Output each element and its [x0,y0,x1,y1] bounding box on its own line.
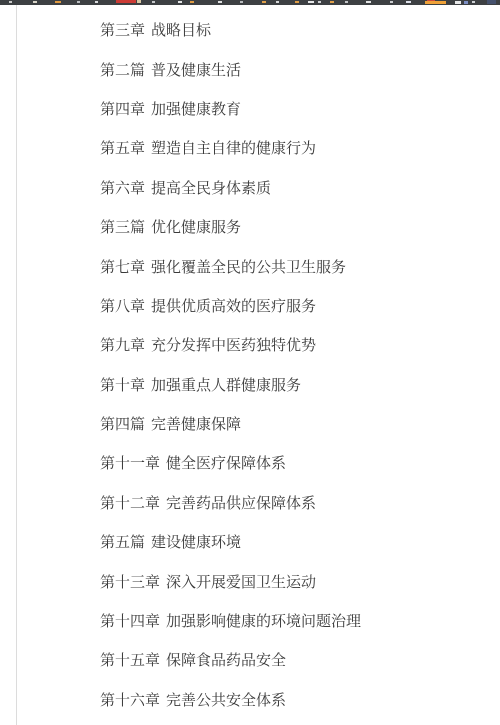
chrome-fragment [262,1,266,3]
toc-item-title: 加强重点人群健康服务 [151,378,301,393]
toc-item-number: 第二篇 [100,63,145,78]
toc-item-title: 加强影响健康的环境问题治理 [166,614,361,629]
toc-item-number: 第十五章 [100,653,160,668]
toc-item: 第十一章健全医疗保障体系 [100,444,490,483]
chrome-fragment [308,1,314,3]
toc-item: 第三章战略目标 [100,11,490,50]
chrome-fragment [240,1,243,3]
chrome-fragment [137,0,141,3]
toc-item-number: 第十章 [100,378,145,393]
toc-item-number: 第七章 [100,260,145,275]
toc-item: 第十章加强重点人群健康服务 [100,366,490,405]
toc-item-title: 加强健康教育 [151,102,241,117]
chrome-fragment [55,1,61,3]
toc-item-number: 第五篇 [100,535,145,550]
chrome-fragment [330,1,334,3]
chrome-fragment [152,1,155,3]
chrome-fragment [464,1,468,4]
toc-item: 第六章提高全民身体素质 [100,169,490,208]
chrome-fragment [95,1,98,3]
chrome-fragment [9,1,12,3]
toc-item: 第十六章完善公共安全体系 [100,681,490,720]
toc-item-title: 提供优质高效的医疗服务 [151,299,316,314]
chrome-fragment [318,1,321,3]
toc-item-title: 建设健康环境 [151,535,241,550]
toc-item-title: 保障食品药品安全 [166,653,286,668]
toc-item: 第十四章加强影响健康的环境问题治理 [100,602,490,641]
chrome-fragment [218,1,222,3]
toc-list: 第三章战略目标第二篇普及健康生活第四章加强健康教育第五章塑造自主自律的健康行为第… [100,11,490,720]
chrome-fragment [390,1,393,3]
toc-item-number: 第四篇 [100,417,145,432]
toc-item: 第十二章完善药品供应保障体系 [100,484,490,523]
toc-item-title: 完善公共安全体系 [166,693,286,708]
document-page: 第三章战略目标第二篇普及健康生活第四章加强健康教育第五章塑造自主自律的健康行为第… [0,5,500,725]
toc-item-title: 健全医疗保障体系 [166,456,286,471]
chrome-fragment [276,1,279,3]
toc-item-title: 战略目标 [151,23,211,38]
toc-item: 第七章强化覆盖全民的公共卫生服务 [100,247,490,286]
toc-item-number: 第十二章 [100,496,160,511]
toc-item-title: 完善药品供应保障体系 [166,496,316,511]
chrome-fragment [178,1,182,3]
toc-item-title: 普及健康生活 [151,63,241,78]
toc-item-number: 第三篇 [100,220,145,235]
toc-item: 第九章充分发挥中医药独特优势 [100,326,490,365]
chrome-fragment [116,0,136,3]
toc-item: 第二篇普及健康生活 [100,50,490,89]
toc-item: 第十五章保障食品药品安全 [100,641,490,680]
toc-item-title: 充分发挥中医药独特优势 [151,338,316,353]
toc-item-title: 强化覆盖全民的公共卫生服务 [151,260,346,275]
chrome-fragment [425,1,446,4]
toc-item-number: 第五章 [100,141,145,156]
toc-item-number: 第十一章 [100,456,160,471]
toc-item: 第五篇建设健康环境 [100,523,490,562]
chrome-fragment [295,1,299,3]
toc-item-number: 第四章 [100,102,145,117]
toc-item-title: 优化健康服务 [151,220,241,235]
toc-item-number: 第三章 [100,23,145,38]
toc-item-number: 第十四章 [100,614,160,629]
screenshot-viewport: 第三章战略目标第二篇普及健康生活第四章加强健康教育第五章塑造自主自律的健康行为第… [0,0,500,725]
toc-item-number: 第九章 [100,338,145,353]
toc-item: 第四篇完善健康保障 [100,405,490,444]
toc-item: 第三篇优化健康服务 [100,208,490,247]
chrome-fragment [190,1,194,3]
chrome-fragment [366,1,371,3]
toc-item-number: 第十三章 [100,575,160,590]
toc-item-title: 提高全民身体素质 [151,181,271,196]
toc-item-number: 第八章 [100,299,145,314]
toc-item: 第十三章深入开展爱国卫生运动 [100,562,490,601]
toc-item: 第五章塑造自主自律的健康行为 [100,129,490,168]
toc-item: 第四章加强健康教育 [100,90,490,129]
toc-item: 第八章提供优质高效的医疗服务 [100,287,490,326]
chrome-fragment [472,1,475,3]
page-left-rule [16,5,17,725]
toc-item-title: 深入开展爱国卫生运动 [166,575,316,590]
toc-item-title: 完善健康保障 [151,417,241,432]
toc-item-title: 塑造自主自律的健康行为 [151,141,316,156]
toc-item-number: 第十六章 [100,693,160,708]
chrome-fragment [345,1,348,3]
chrome-fragment [487,0,496,4]
chrome-fragment [455,1,461,4]
chrome-fragment [77,1,80,3]
chrome-fragment [33,1,37,3]
toc-item-number: 第六章 [100,181,145,196]
chrome-fragment [406,1,411,3]
